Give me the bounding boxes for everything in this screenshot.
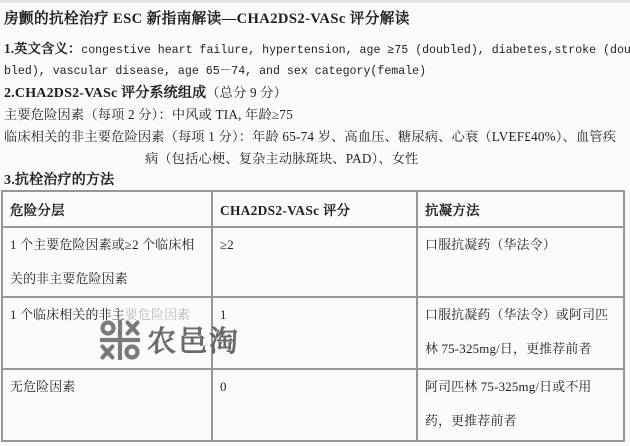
section1-english-part1: congestive heart failure, hypertension, … xyxy=(81,44,630,57)
header-anticoagulation-method: 抗凝方法 xyxy=(417,191,624,227)
minor-risk-factors-line2: 病（包括心梗、复杂主动脉斑块、PAD）、女性 xyxy=(145,148,419,167)
watermark: 农邑淘 xyxy=(100,319,240,360)
cell-score: ≥2 xyxy=(212,227,417,297)
cell-method: 阿司匹林 75-325mg/日或不用药，更推荐前者 xyxy=(417,369,624,441)
watermark-brand-text: 农邑淘 xyxy=(147,319,240,360)
table-row: 1 个主要危险因素或≥2 个临床相关的非主要危险因素 ≥2 口服抗凝药（华法令） xyxy=(2,227,624,297)
section2-heading: 2.CHA2DS2-VASc 评分系统组成（总分 9 分） xyxy=(4,82,287,102)
cell-score: 0 xyxy=(212,369,417,441)
section1-line1: 1.英文含义：congestive heart failure, hyperte… xyxy=(4,38,630,57)
section2-total-score: （总分 9 分） xyxy=(206,85,287,100)
cell-risk: 1 个主要危险因素或≥2 个临床相关的非主要危险因素 xyxy=(2,227,212,297)
section3-heading: 3.抗栓治疗的方法 xyxy=(4,169,114,189)
cell-risk: 无危险因素 xyxy=(2,369,212,441)
nongyitao-logo-icon xyxy=(100,320,140,360)
cell-score: 1 xyxy=(212,297,417,369)
page-title: 房颤的抗栓治疗 ESC 新指南解读—CHA2DS2-VASc 评分解读 xyxy=(4,7,410,28)
section1-label: 1.英文含义： xyxy=(4,41,81,56)
anticoagulation-table: 危险分层 CHA2DS2-VASc 评分 抗凝方法 1 个主要危险因素或≥2 个… xyxy=(1,190,625,442)
section1-english-part2: bled), vascular disease, age 65－74, and … xyxy=(4,62,426,78)
scanned-document-page: 房颤的抗栓治疗 ESC 新指南解读—CHA2DS2-VASc 评分解读 1.英文… xyxy=(0,0,630,446)
table-header-row: 危险分层 CHA2DS2-VASc 评分 抗凝方法 xyxy=(2,191,624,227)
table-row: 无危险因素 0 阿司匹林 75-325mg/日或不用药，更推荐前者 xyxy=(2,369,624,441)
section2-label: 2.CHA2DS2-VASc 评分系统组成 xyxy=(4,86,206,101)
minor-risk-factors-line1: 临床相关的非主要危险因素（每项 1 分）：年龄 65-74 岁、高血压、糖尿病、… xyxy=(4,126,616,145)
scan-edge-artifact xyxy=(0,0,630,3)
cell-method: 口服抗凝药（华法令） xyxy=(417,227,624,297)
table-row: 1 个临床相关的非主要危险因素 1 口服抗凝药（华法令）或阿司匹林 75-325… xyxy=(2,297,624,369)
cell-method: 口服抗凝药（华法令）或阿司匹林 75-325mg/日，更推荐前者 xyxy=(417,297,624,369)
header-risk-stratification: 危险分层 xyxy=(2,191,212,227)
header-cha2ds2-vasc-score: CHA2DS2-VASc 评分 xyxy=(212,191,417,227)
major-risk-factors-line: 主要危险因素（每项 2 分）：中风或 TIA, 年龄≥75 xyxy=(4,104,293,123)
